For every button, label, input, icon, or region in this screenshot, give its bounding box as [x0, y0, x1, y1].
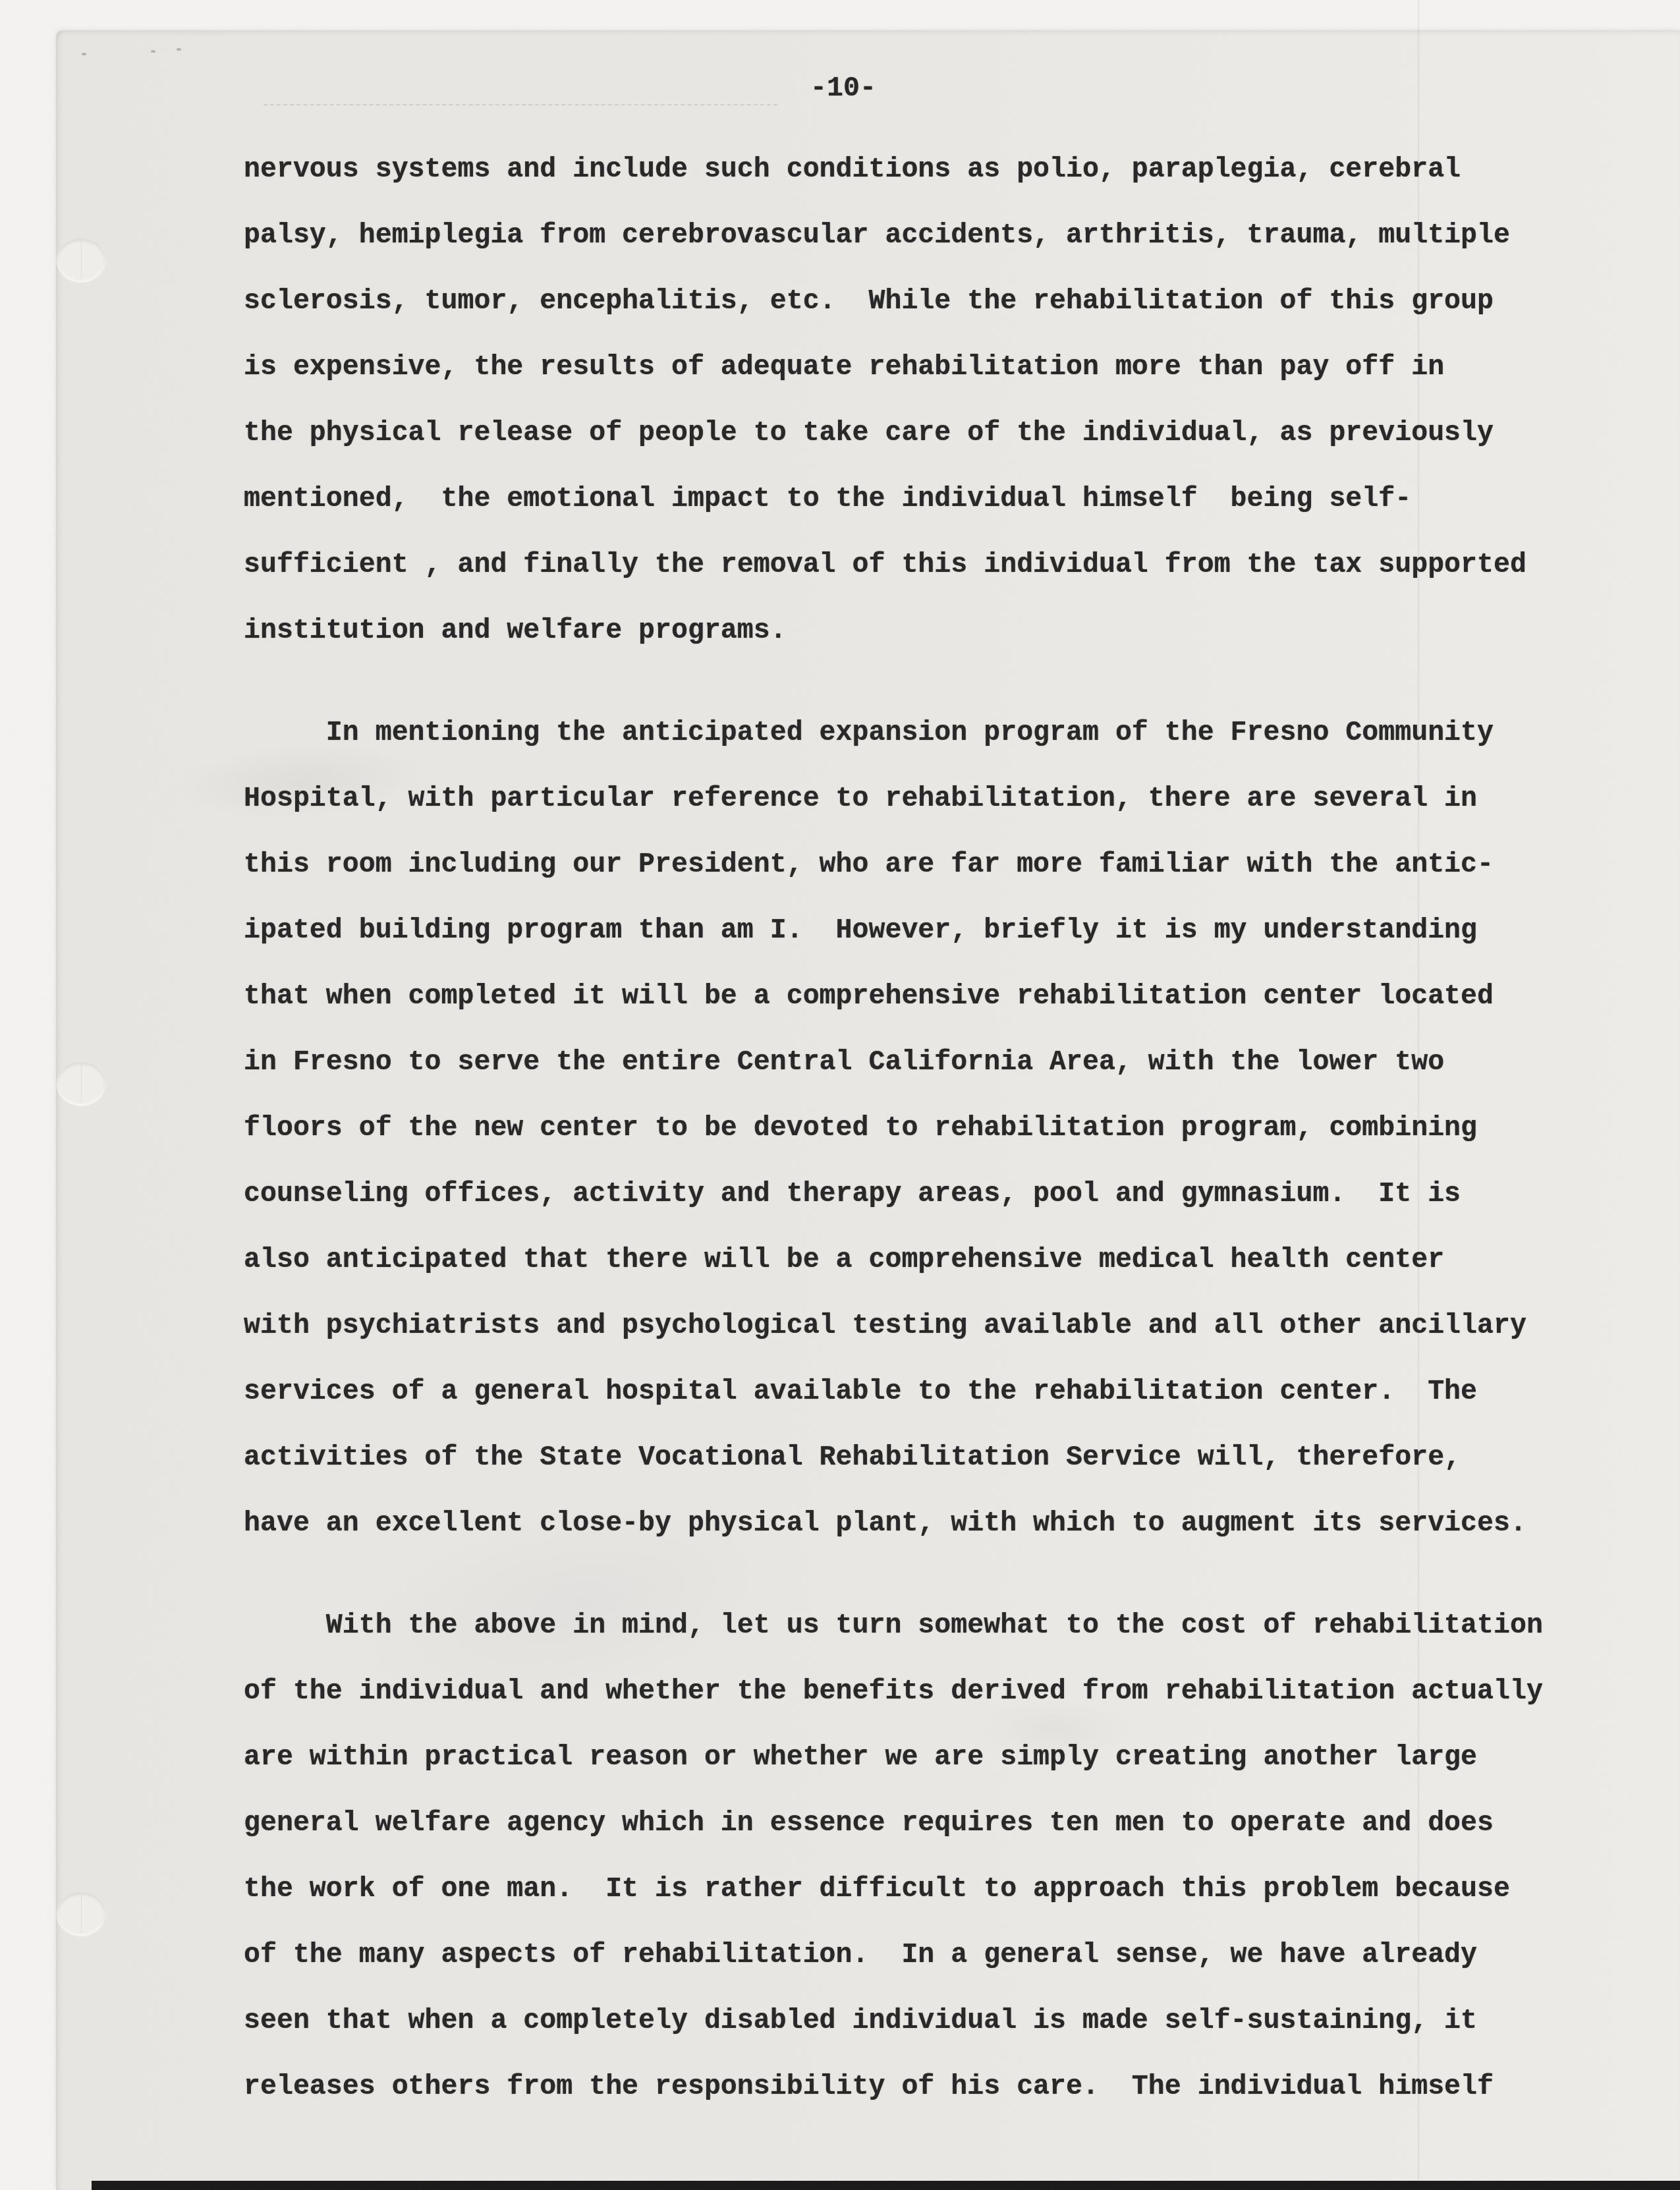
typed-line: this room including our President, who a… [244, 832, 1543, 898]
typed-line: seen that when a completely disabled ind… [244, 1988, 1543, 2054]
typed-line: ipated building program than am I. Howev… [244, 898, 1543, 964]
typed-line: are within practical reason or whether w… [244, 1725, 1543, 1791]
typed-line: palsy, hemiplegia from cerebrovascular a… [244, 203, 1543, 269]
staple-mark [177, 48, 181, 51]
typed-line: of the individual and whether the benefi… [244, 1659, 1543, 1725]
scanned-document-page: -10- nervous systems and include such co… [0, 0, 1680, 2190]
typed-line: also anticipated that there will be a co… [244, 1227, 1543, 1293]
typed-line: general welfare agency which in essence … [244, 1791, 1543, 1857]
typed-line: the physical release of people to take c… [244, 401, 1543, 466]
typed-line: Hospital, with particular reference to r… [244, 766, 1543, 832]
staple-mark [151, 50, 155, 53]
punch-hole-middle [57, 1062, 105, 1106]
scan-artifact-bottom-bar [92, 2181, 1680, 2190]
typed-line: that when completed it will be a compreh… [244, 964, 1543, 1030]
typed-line: services of a general hospital available… [244, 1359, 1543, 1425]
punch-hole-bottom [57, 1892, 105, 1936]
typed-line: the work of one man. It is rather diffic… [244, 1857, 1543, 1923]
typed-line: mentioned, the emotional impact to the i… [244, 466, 1543, 532]
typed-line: nervous systems and include such conditi… [244, 137, 1543, 203]
typed-line: in Fresno to serve the entire Central Ca… [244, 1030, 1543, 1096]
page-number: -10- [810, 73, 876, 104]
typed-line: With the above in mind, let us turn some… [244, 1593, 1543, 1659]
typed-line: institution and welfare programs. [244, 598, 1543, 664]
typed-line: sufficient , and finally the removal of … [244, 532, 1543, 598]
typed-line: activities of the State Vocational Rehab… [244, 1425, 1543, 1491]
typed-body: nervous systems and include such conditi… [244, 137, 1543, 2120]
punch-hole-top [57, 239, 105, 282]
typed-line: have an excellent close-by physical plan… [244, 1491, 1543, 1557]
typed-line: releases others from the responsibility … [244, 2054, 1543, 2120]
typed-line: counseling offices, activity and therapy… [244, 1162, 1543, 1227]
typed-line: sclerosis, tumor, encephalitis, etc. Whi… [244, 269, 1543, 335]
typed-line: floors of the new center to be devoted t… [244, 1096, 1543, 1162]
scratch-marks [264, 104, 777, 105]
staple-mark [82, 53, 86, 55]
typed-line: In mentioning the anticipated expansion … [244, 700, 1543, 766]
typed-line: is expensive, the results of adequate re… [244, 335, 1543, 401]
typed-line: with psychiatrists and psychological tes… [244, 1293, 1543, 1359]
typed-line: of the many aspects of rehabilitation. I… [244, 1923, 1543, 1988]
